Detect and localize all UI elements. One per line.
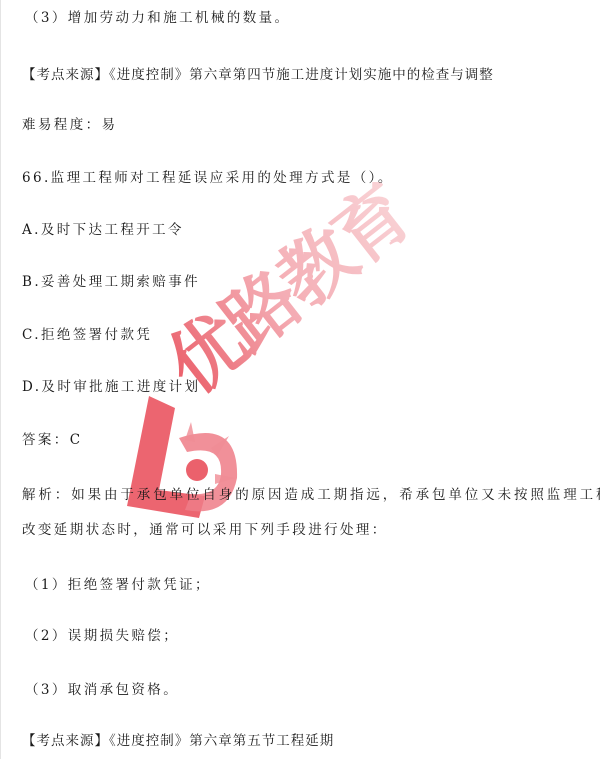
option-a: A.及时下达工程开工令	[22, 221, 184, 239]
source-reference: 【考点来源】《进度控制》第六章第五节工程延期	[22, 732, 334, 750]
analysis-item-1: （1）拒绝签署付款凭证；	[25, 576, 211, 594]
option-b: B.妥善处理工期索赔事件	[22, 273, 200, 291]
option-c: C.拒绝签署付款凭	[22, 326, 152, 344]
analysis-item-3: （3）取消承包资格。	[25, 681, 179, 699]
previous-source-reference: 【考点来源】《进度控制》第六章第四节施工进度计划实施中的检查与调整	[22, 66, 494, 84]
answer: 答案：C	[22, 431, 82, 449]
question-stem: 66.监理工程师对工程延误应采用的处理方式是（）。	[22, 169, 394, 187]
previous-difficulty-level: 难易程度：易	[22, 116, 117, 134]
analysis-line-2: 改变延期状态时，通常可以采用下列手段进行处理：	[22, 521, 388, 539]
option-d: D.及时审批施工进度计划	[22, 378, 200, 396]
analysis-item-2: （2）误期损失赔偿；	[25, 627, 179, 645]
document-page: （3）增加劳动力和施工机械的数量。 【考点来源】《进度控制》第六章第四节施工进度…	[0, 0, 600, 759]
previous-answer-item-3: （3）增加劳动力和施工机械的数量。	[25, 9, 290, 27]
analysis-line-1: 解析：如果由于承包单位自身的原因造成工期指远，希承包单位又未按照监理工程师的指令	[22, 486, 600, 504]
